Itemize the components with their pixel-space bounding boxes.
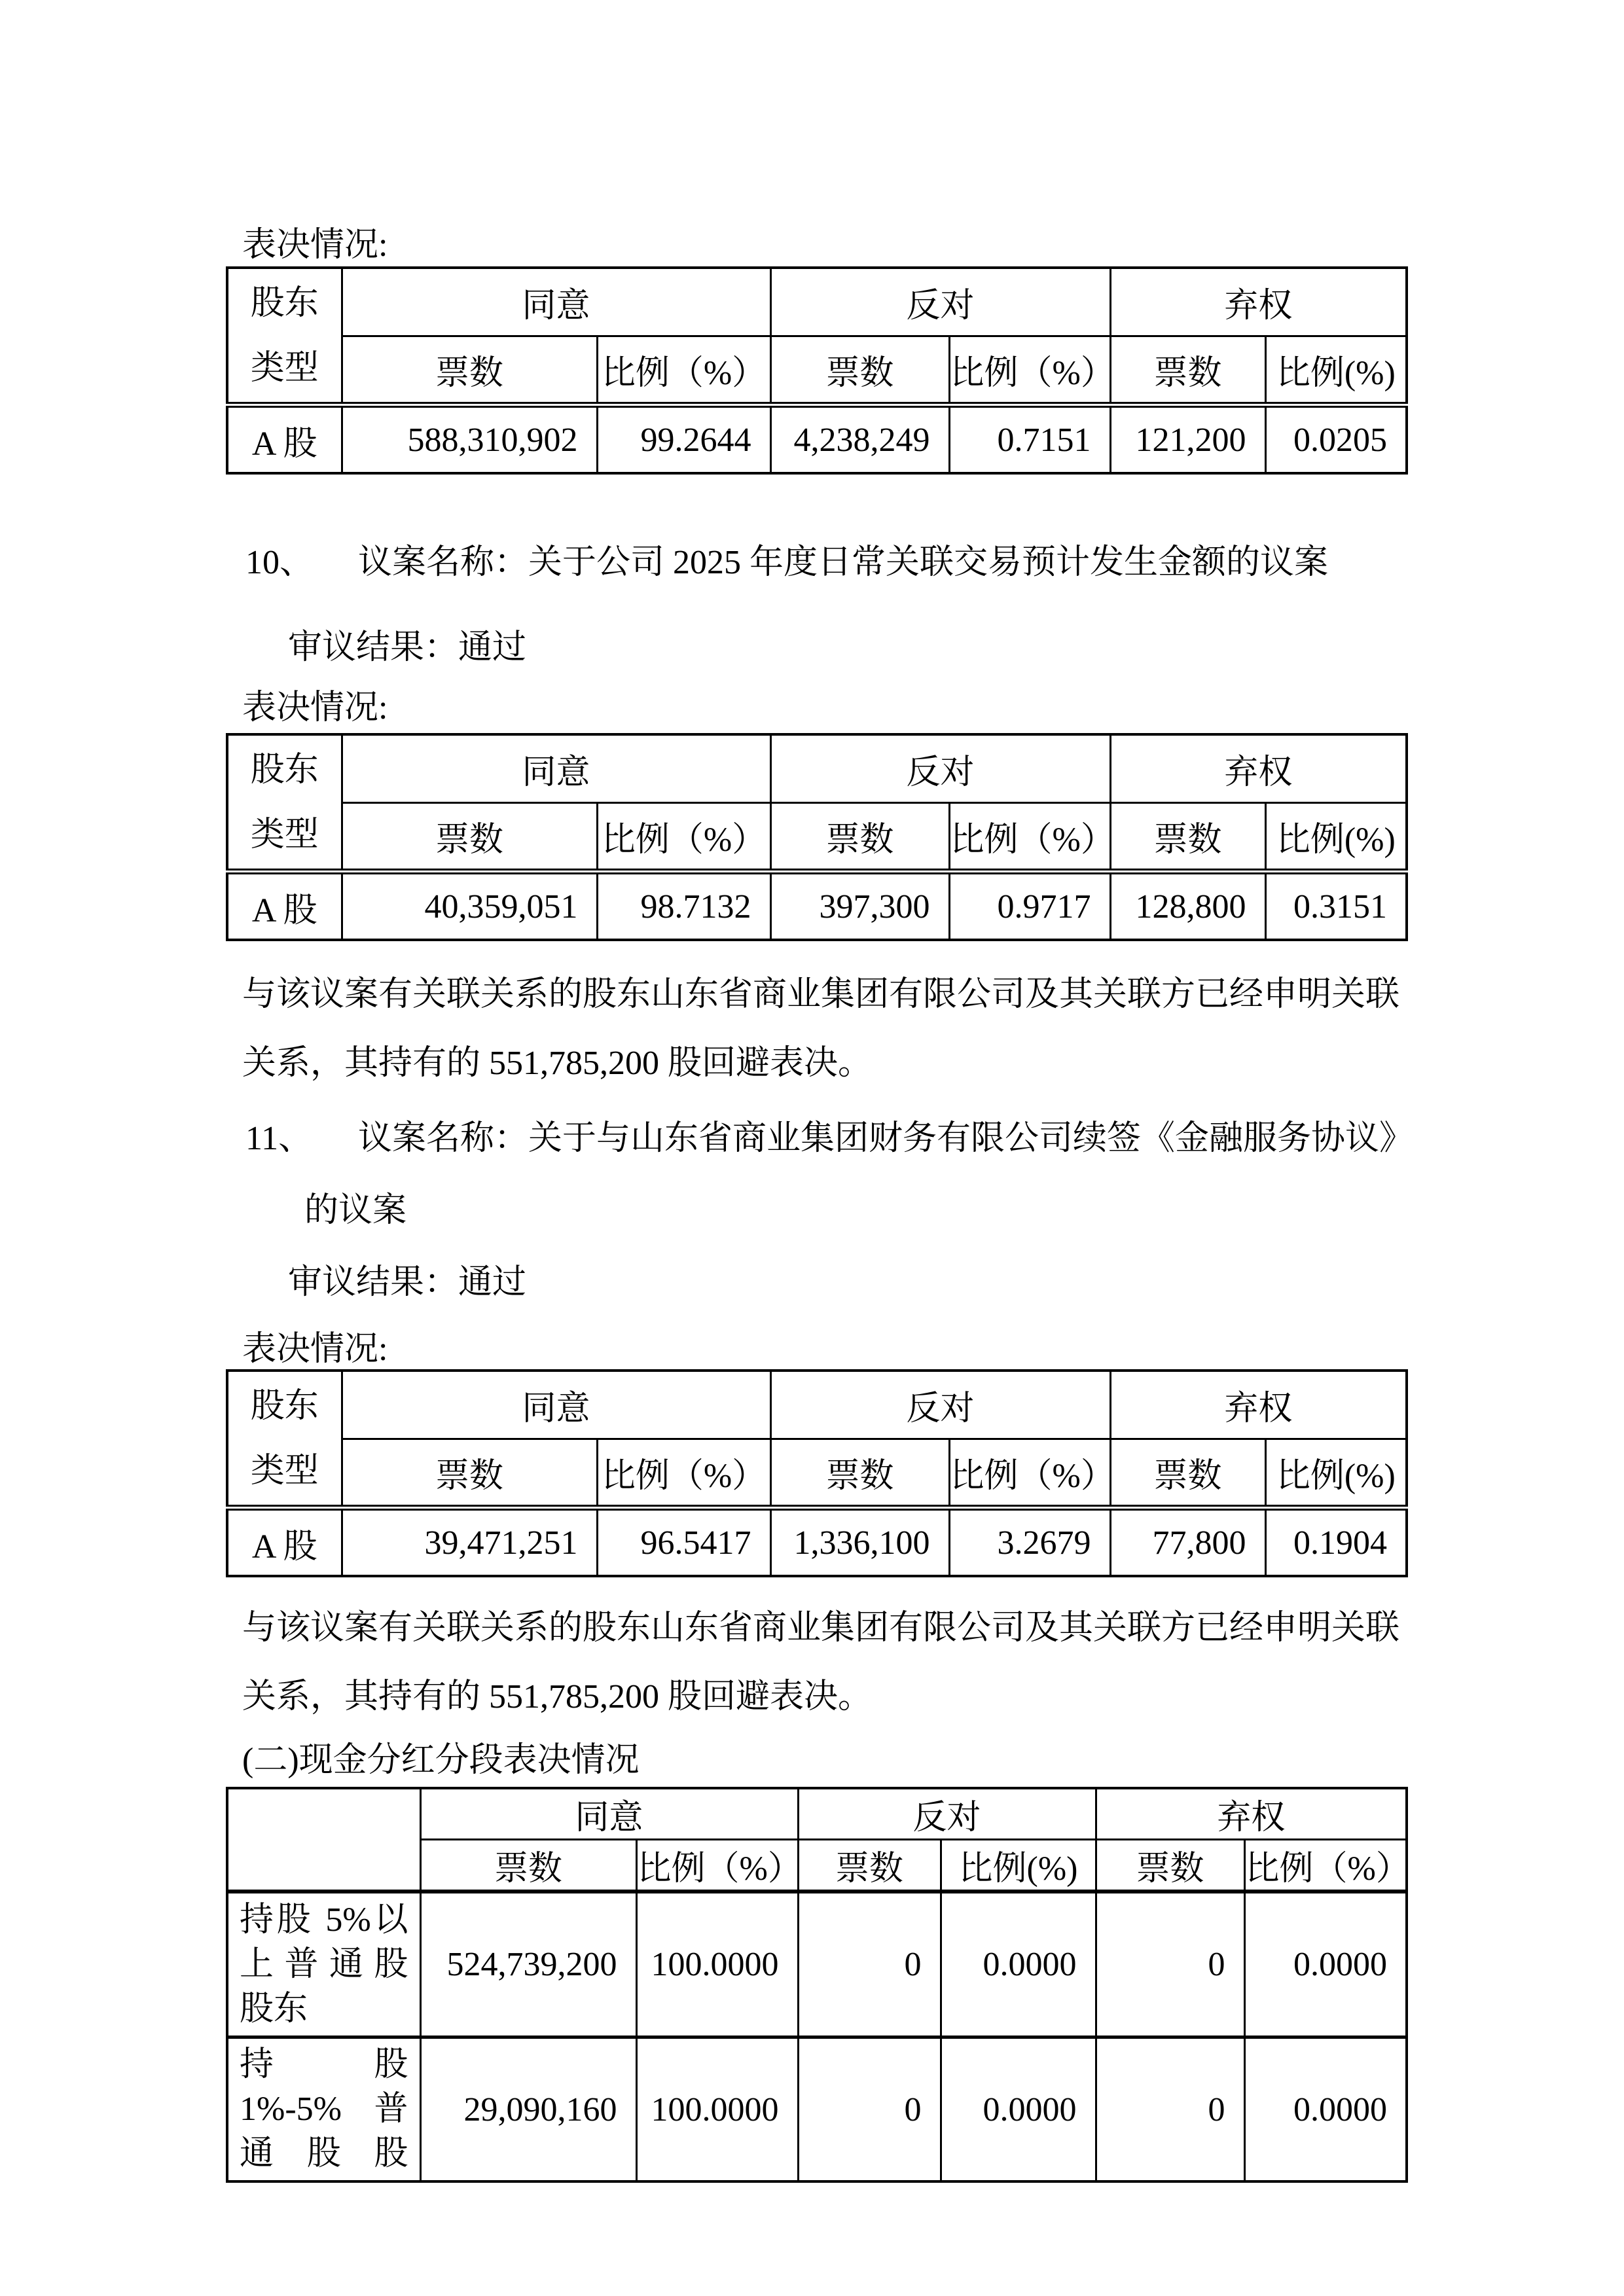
oppose-votes-cell: 4,238,249 — [770, 405, 949, 474]
oppose-ratio-header-cell: 比例（%） — [949, 336, 1110, 405]
agree-ratio-cell: 100.0000 — [636, 2037, 798, 2182]
agree-votes-cell: 524,739,200 — [420, 1892, 636, 2037]
oppose-votes-cell: 0 — [798, 2037, 941, 2182]
agree-header-cell: 同意 — [342, 1371, 770, 1439]
dividend-vote-table-host: 同意 反对 弃权 票数 比例（%） 票数 比例(%) 票数 比例（%） 持股 5… — [226, 1787, 1405, 2183]
shareholder-type-line1: 股东 — [228, 738, 341, 802]
related-note-2-line-2: 关系，其持有的 551,785,200 股回避表决。 — [226, 1677, 1405, 1717]
agree-ratio-header-cell: 比例（%） — [597, 1439, 770, 1508]
vote-status-label-3: 表决情况: — [226, 1330, 1405, 1369]
item-10-title: 议案名称：关于公司 2025 年度日常关联交易预计发生金额的议案 — [358, 544, 1328, 581]
proposal-item-10: 10、议案名称：关于公司 2025 年度日常关联交易预计发生金额的议案 — [226, 543, 1405, 583]
oppose-votes-header-cell: 票数 — [770, 1439, 949, 1508]
oppose-votes-header-cell: 票数 — [798, 1840, 941, 1892]
abstain-ratio-header-cell: 比例(%) — [1265, 1439, 1407, 1508]
abstain-votes-cell: 77,800 — [1110, 1508, 1265, 1577]
agree-votes-header-cell: 票数 — [420, 1840, 636, 1892]
oppose-ratio-cell: 0.0000 — [941, 1892, 1096, 2037]
proposal-item-11: 11、议案名称：关于与山东省商业集团财务有限公司续签《金融服务协议》 — [226, 1119, 1405, 1158]
abstain-header-cell: 弃权 — [1096, 1788, 1407, 1840]
dividend-row-1-to-5pct: 持股 1%-5%普通股股 29,090,160 100.0000 0 0.000… — [227, 2037, 1407, 2182]
share-class-cell: A 股 — [227, 872, 342, 941]
shareholder-type-header-cell: 股东 类型 — [227, 268, 342, 405]
vote-table-proposal-9-host: 股东 类型 同意 反对 弃权 票数 比例（%） 票数 比例（%） 票数 比例(%… — [226, 266, 1405, 475]
abstain-votes-header-cell: 票数 — [1110, 803, 1265, 872]
shareholder-type-header-cell: 股东 类型 — [227, 734, 342, 872]
shareholder-type-line2: 类型 — [228, 336, 341, 401]
agree-ratio-cell: 100.0000 — [636, 1892, 798, 2037]
oppose-votes-cell: 0 — [798, 1892, 941, 2037]
holder-group-cell: 持股 1%-5%普通股股 — [227, 2037, 420, 2182]
oppose-header-cell: 反对 — [770, 1371, 1110, 1439]
agree-header-cell: 同意 — [420, 1788, 798, 1840]
abstain-ratio-header-cell: 比例(%) — [1265, 803, 1407, 872]
section-heading-cash-dividend: (二)现金分红分段表决情况 — [226, 1741, 1405, 1780]
abstain-header-cell: 弃权 — [1110, 734, 1407, 803]
shareholder-type-line1: 股东 — [228, 271, 341, 336]
agree-ratio-cell: 98.7132 — [597, 872, 770, 941]
related-note-1-line-2: 关系，其持有的 551,785,200 股回避表决。 — [226, 1044, 1405, 1083]
item-11-title: 议案名称：关于与山东省商业集团财务有限公司续签《金融服务协议》 — [358, 1120, 1413, 1157]
oppose-ratio-cell: 0.0000 — [941, 2037, 1096, 2182]
document-content: 表决情况: 股东 类型 同意 反对 弃权 票数 比例（%） 票数 比例（%） 票… — [226, 0, 1405, 2183]
vote-status-label-1: 表决情况: — [226, 226, 1405, 265]
oppose-ratio-header-cell: 比例(%) — [941, 1840, 1096, 1892]
abstain-votes-header-cell: 票数 — [1096, 1840, 1244, 1892]
shareholder-type-line1: 股东 — [228, 1374, 341, 1439]
abstain-ratio-cell: 0.0000 — [1244, 1892, 1407, 2037]
oppose-ratio-cell: 3.2679 — [949, 1508, 1110, 1577]
agree-ratio-cell: 96.5417 — [597, 1508, 770, 1577]
oppose-ratio-cell: 0.9717 — [949, 872, 1110, 941]
abstain-votes-cell: 0 — [1096, 2037, 1244, 2182]
agree-votes-cell: 29,090,160 — [420, 2037, 636, 2182]
share-class-cell: A 股 — [227, 405, 342, 474]
abstain-votes-cell: 121,200 — [1110, 405, 1265, 474]
agree-votes-header-cell: 票数 — [342, 803, 597, 872]
abstain-ratio-header-cell: 比例（%） — [1244, 1840, 1407, 1892]
oppose-ratio-header-cell: 比例（%） — [949, 1439, 1110, 1508]
vote-result-table: 股东 类型 同意 反对 弃权 票数 比例（%） 票数 比例（%） 票数 比例(%… — [226, 266, 1408, 475]
agree-ratio-cell: 99.2644 — [597, 405, 770, 474]
oppose-header-cell: 反对 — [798, 1788, 1096, 1840]
agree-votes-header-cell: 票数 — [342, 1439, 597, 1508]
review-result-10: 审议结果：通过 — [226, 628, 1405, 668]
agree-header-cell: 同意 — [342, 268, 770, 336]
shareholder-type-line2: 类型 — [228, 802, 341, 867]
abstain-ratio-cell: 0.1904 — [1265, 1508, 1407, 1577]
oppose-header-cell: 反对 — [770, 734, 1110, 803]
review-result-11: 审议结果：通过 — [226, 1263, 1405, 1302]
vote-table-proposal-11-host: 股东 类型 同意 反对 弃权 票数 比例（%） 票数 比例（%） 票数 比例(%… — [226, 1369, 1405, 1577]
holder-group-cell: 持股 5%以上普通股股东 — [227, 1892, 420, 2037]
item-10-number: 10、 — [245, 543, 358, 583]
abstain-ratio-cell: 0.3151 — [1265, 872, 1407, 941]
agree-ratio-header-cell: 比例（%） — [597, 336, 770, 405]
agree-votes-cell: 40,359,051 — [342, 872, 597, 941]
agree-ratio-header-cell: 比例（%） — [597, 803, 770, 872]
document-page: 表决情况: 股东 类型 同意 反对 弃权 票数 比例（%） 票数 比例（%） 票… — [0, 0, 1624, 2296]
shareholder-type-line2: 类型 — [228, 1439, 341, 1503]
oppose-ratio-cell: 0.7151 — [949, 405, 1110, 474]
dividend-vote-table: 同意 反对 弃权 票数 比例（%） 票数 比例(%) 票数 比例（%） 持股 5… — [226, 1787, 1408, 2183]
oppose-votes-header-cell: 票数 — [770, 336, 949, 405]
agree-ratio-header-cell: 比例（%） — [636, 1840, 798, 1892]
abstain-votes-cell: 128,800 — [1110, 872, 1265, 941]
abstain-ratio-cell: 0.0205 — [1265, 405, 1407, 474]
related-note-2-line-1: 与该议案有关联关系的股东山东省商业集团有限公司及其关联方已经申明关联 — [226, 1609, 1405, 1648]
vote-status-label-2: 表决情况: — [226, 689, 1405, 728]
agree-header-cell: 同意 — [342, 734, 770, 803]
abstain-votes-header-cell: 票数 — [1110, 336, 1265, 405]
vote-result-table: 股东 类型 同意 反对 弃权 票数 比例（%） 票数 比例（%） 票数 比例(%… — [226, 1369, 1408, 1577]
vote-table-proposal-10-host: 股东 类型 同意 反对 弃权 票数 比例（%） 票数 比例（%） 票数 比例(%… — [226, 733, 1405, 941]
oppose-votes-header-cell: 票数 — [770, 803, 949, 872]
abstain-votes-header-cell: 票数 — [1110, 1439, 1265, 1508]
oppose-votes-cell: 397,300 — [770, 872, 949, 941]
related-note-1-line-1: 与该议案有关联关系的股东山东省商业集团有限公司及其关联方已经申明关联 — [226, 975, 1405, 1014]
agree-votes-cell: 588,310,902 — [342, 405, 597, 474]
oppose-ratio-header-cell: 比例（%） — [949, 803, 1110, 872]
share-class-cell: A 股 — [227, 1508, 342, 1577]
abstain-votes-cell: 0 — [1096, 1892, 1244, 2037]
agree-votes-cell: 39,471,251 — [342, 1508, 597, 1577]
oppose-header-cell: 反对 — [770, 268, 1110, 336]
item-11-title-continuation: 的议案 — [226, 1191, 1405, 1230]
abstain-ratio-header-cell: 比例(%) — [1265, 336, 1407, 405]
agree-votes-header-cell: 票数 — [342, 336, 597, 405]
holder-group-header-cell — [227, 1788, 420, 1892]
item-11-number: 11、 — [245, 1119, 358, 1158]
abstain-header-cell: 弃权 — [1110, 1371, 1407, 1439]
oppose-votes-cell: 1,336,100 — [770, 1508, 949, 1577]
abstain-ratio-cell: 0.0000 — [1244, 2037, 1407, 2182]
vote-result-table: 股东 类型 同意 反对 弃权 票数 比例（%） 票数 比例（%） 票数 比例(%… — [226, 733, 1408, 941]
dividend-row-over-5pct: 持股 5%以上普通股股东 524,739,200 100.0000 0 0.00… — [227, 1892, 1407, 2037]
abstain-header-cell: 弃权 — [1110, 268, 1407, 336]
shareholder-type-header-cell: 股东 类型 — [227, 1371, 342, 1508]
